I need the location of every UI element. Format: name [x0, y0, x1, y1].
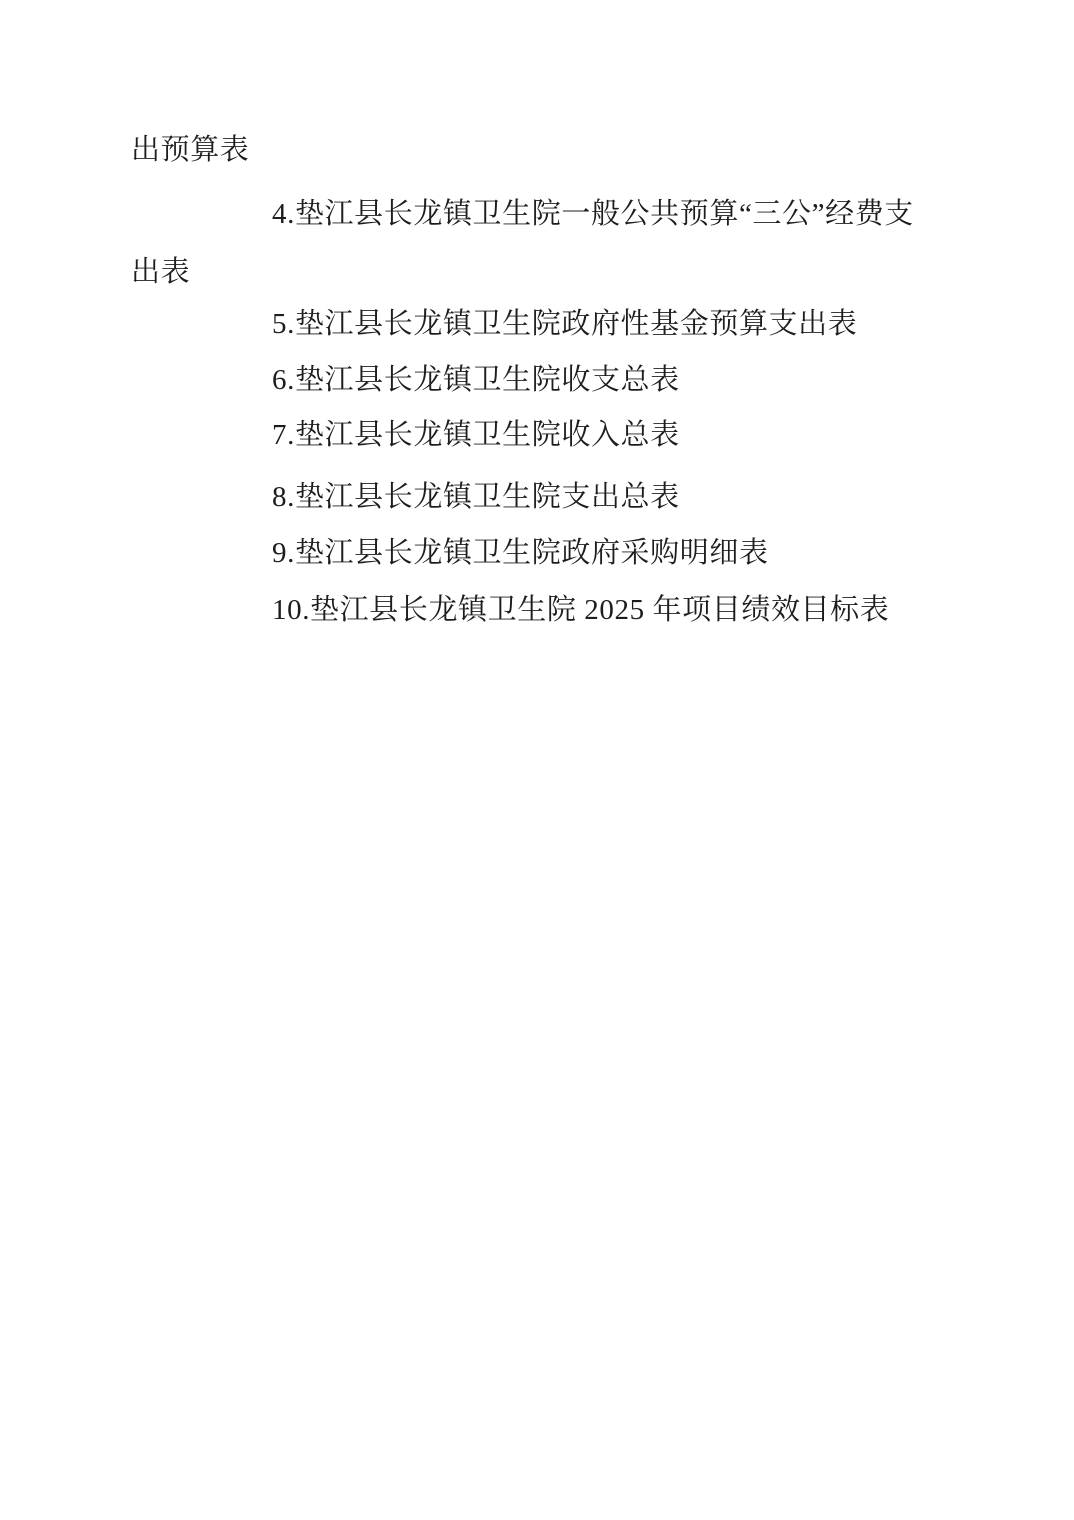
- toc-item-4-line1: 4.垫江县长龙镇卫生院一般公共预算“三公”经费支: [272, 200, 914, 229]
- toc-item-4-line2: 出表: [131, 258, 190, 287]
- toc-item-9: 9.垫江县长龙镇卫生院政府采购明细表: [272, 539, 769, 568]
- toc-item-10: 10.垫江县长龙镇卫生院 2025 年项目绩效目标表: [272, 596, 889, 625]
- toc-wrap-line-item3: 出预算表: [131, 136, 249, 165]
- document-page: 出预算表 4.垫江县长龙镇卫生院一般公共预算“三公”经费支 出表 5.垫江县长龙…: [0, 0, 1074, 1520]
- toc-item-5: 5.垫江县长龙镇卫生院政府性基金预算支出表: [272, 310, 857, 339]
- toc-item-7: 7.垫江县长龙镇卫生院收入总表: [272, 421, 680, 450]
- toc-item-6: 6.垫江县长龙镇卫生院收支总表: [272, 366, 680, 395]
- toc-item-8: 8.垫江县长龙镇卫生院支出总表: [272, 483, 680, 512]
